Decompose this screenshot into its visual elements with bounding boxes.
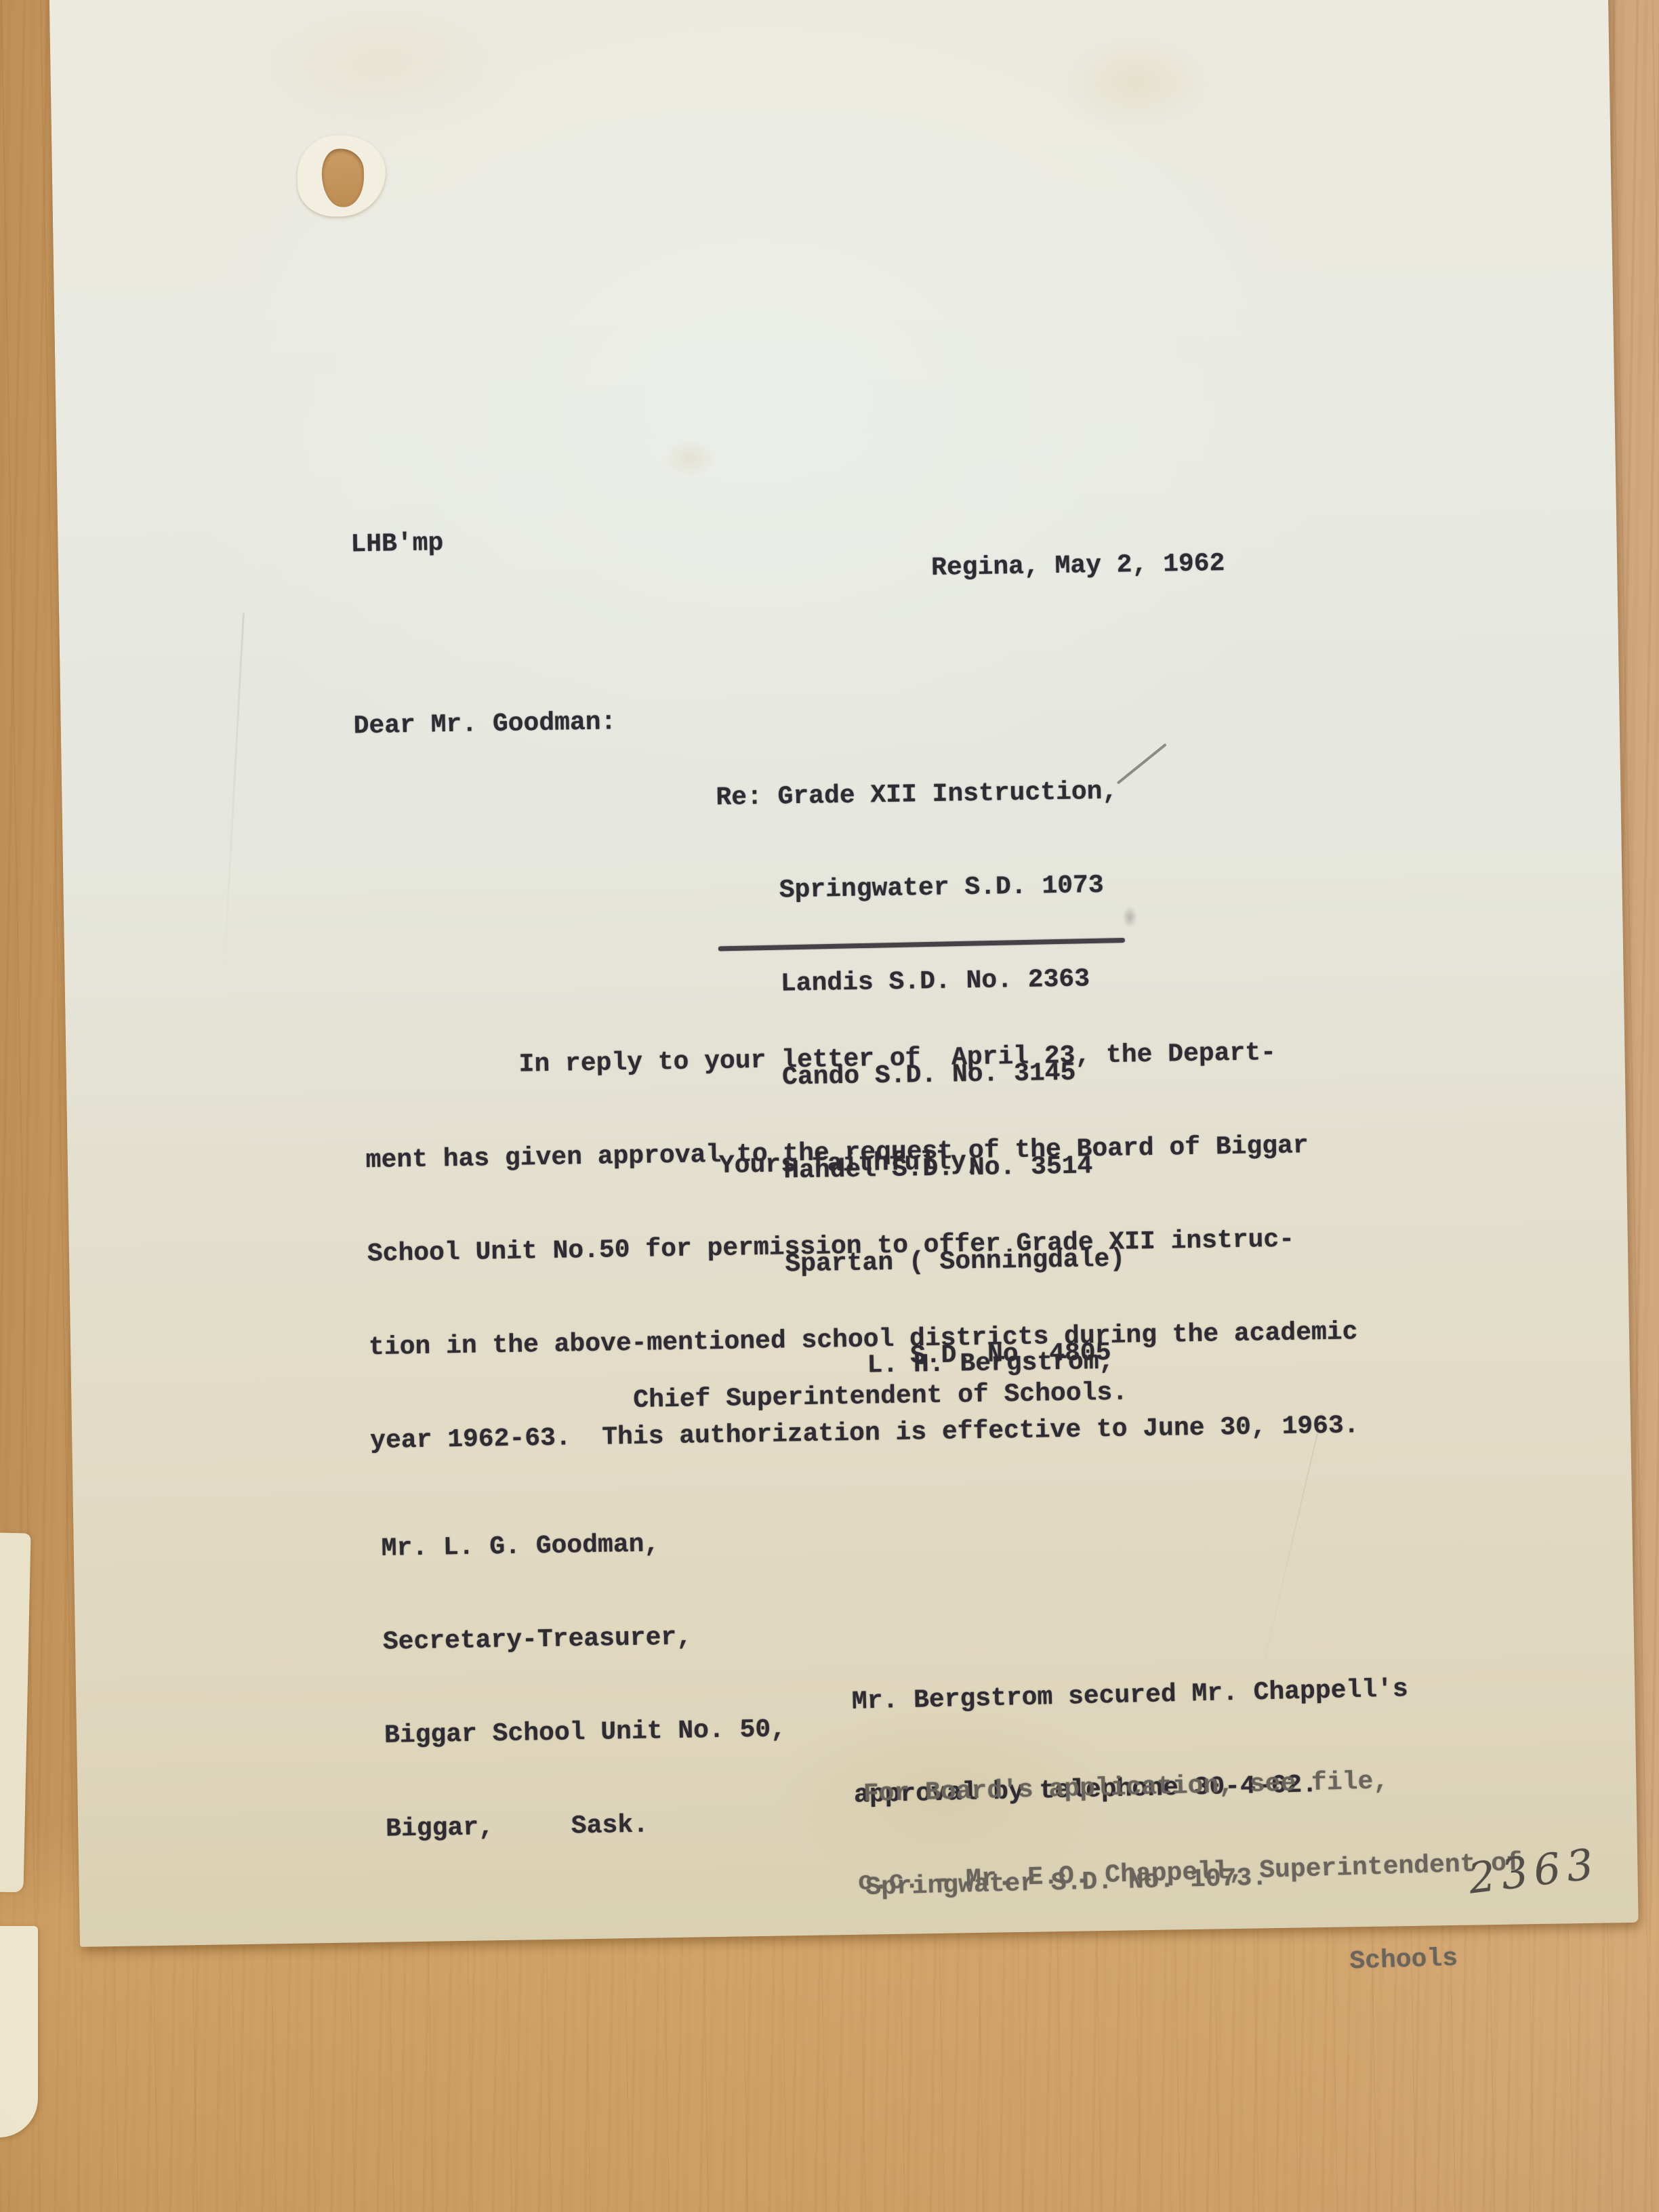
re-line: Springwater S.D. 1073 [717,870,1120,907]
salutation: Dear Mr. Goodman: [353,707,616,742]
body-line: In reply to your letter of April 23, the… [364,1036,1353,1083]
cc-line: c.c. - Mr. E.O. Chappell, Superintendent… [857,1848,1522,1899]
pencil-check-mark [1117,743,1167,785]
body-line: School Unit No.50 for permission to offe… [367,1223,1357,1270]
desk-photo: LHB'mp Regina, May 2, 1962 Dear Mr. Good… [0,0,1659,2212]
paper-stain [239,0,526,138]
body-paragraph: In reply to your letter of April 23, the… [363,974,1361,1519]
body-line: tion in the above-mentioned school distr… [369,1317,1358,1364]
reference-initials: LHB'mp [350,528,444,560]
dateline: Regina, May 2, 1962 [931,548,1225,584]
cc-block: c.c. - Mr. E.O. Chappell, Superintendent… [855,1786,1527,2055]
body-line: year 1962-63. This authorization is effe… [370,1410,1359,1457]
closing: Yours faithfully, [719,1147,982,1182]
paper-stain [663,439,718,478]
signature-name: L. H. Bergstrom, [867,1347,1115,1382]
recipient-address-line: Biggar School Unit No. 50, [384,1714,787,1751]
letter-paper: LHB'mp Regina, May 2, 1962 Dear Mr. Good… [49,0,1638,1947]
re-line: Re: Grade XII Instruction, [716,777,1118,814]
ink-smudge [1122,906,1138,928]
paper-stain [1053,31,1217,136]
recipient-address-line: Biggar, Sask. [386,1807,788,1845]
recipient-address-line: Secretary-Treasurer, [383,1620,785,1658]
cc-line: Schools [860,1942,1525,1992]
recipient-address: Mr. L. G. Goodman, Secretary-Treasurer, … [380,1465,789,1908]
under-sheet-corner [0,1926,38,2137]
recipient-address-line: Mr. L. G. Goodman, [381,1528,783,1565]
paper-crease [223,613,245,978]
